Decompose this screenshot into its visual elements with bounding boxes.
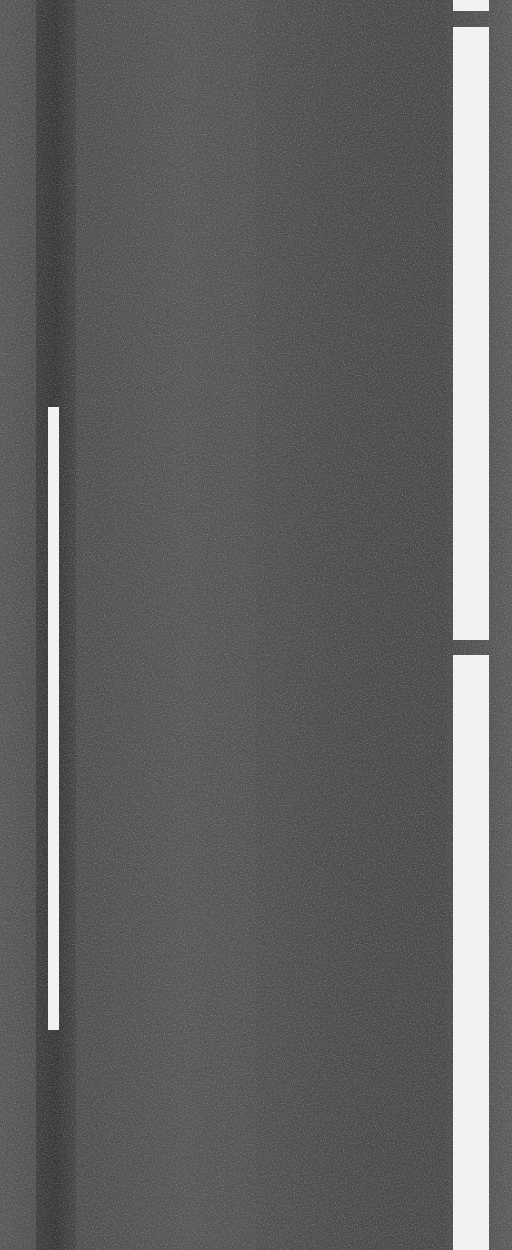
edge-line-right-2 — [453, 27, 489, 640]
edge-line-right-3 — [453, 655, 489, 1250]
asphalt-texture — [0, 0, 512, 1250]
lane-dash-left — [48, 407, 59, 1030]
road-surface — [0, 0, 512, 1250]
edge-line-right-1 — [453, 0, 489, 11]
